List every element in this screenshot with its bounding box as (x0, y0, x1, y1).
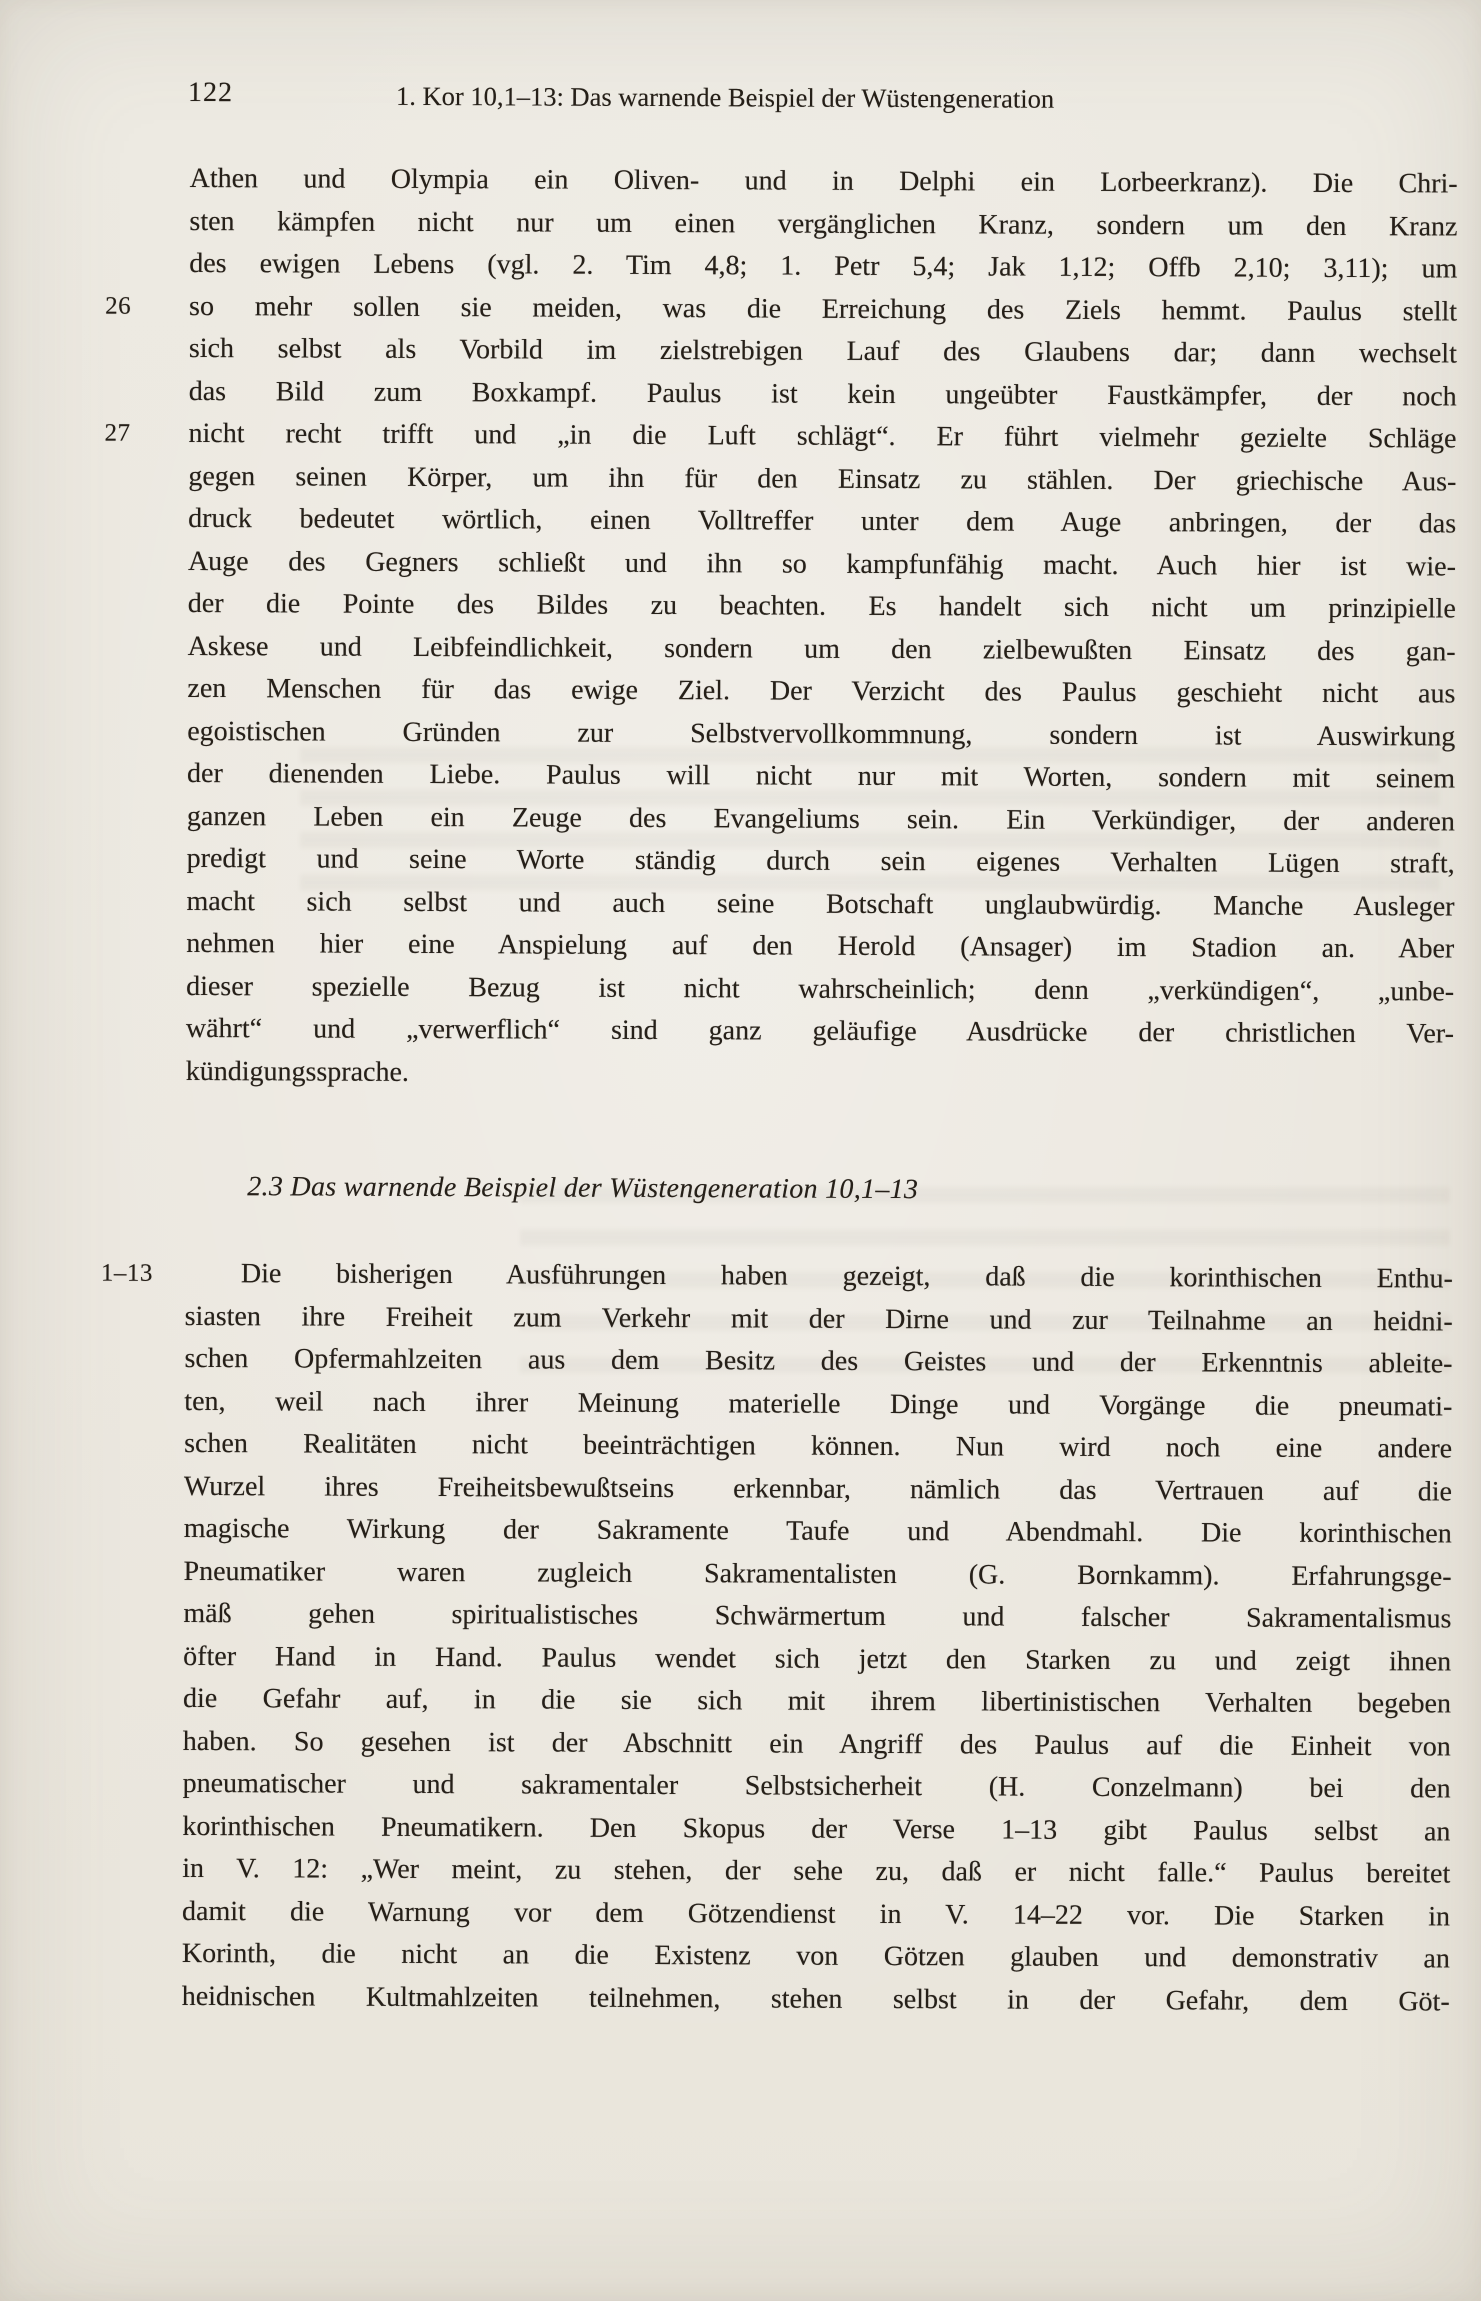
line-text: predigt und seine Worte ständig durch se… (187, 843, 1455, 880)
text-line: nehmen hier eine Anspielung auf den Hero… (186, 923, 1454, 971)
line-text: egoistischen Gründen zur Selbstvervollko… (187, 715, 1455, 752)
running-title: 1. Kor 10,1–13: Das warnende Beispiel de… (396, 75, 1054, 120)
text-line: gegen seinen Körper, um ihn für den Eins… (188, 455, 1456, 503)
line-text: Pneumatiker waren zugleich Sakramentalis… (184, 1555, 1452, 1592)
text-line: macht sich selbst und auch seine Botscha… (186, 880, 1454, 928)
line-text: sten kämpfen nicht nur um einen vergängl… (189, 205, 1457, 242)
text-line: korinthischen Pneumatikern. Den Skopus d… (182, 1805, 1450, 1853)
text-line: haben. So gesehen ist der Abschnitt ein … (183, 1720, 1451, 1768)
line-text: schen Opfermahlzeiten aus dem Besitz des… (184, 1343, 1452, 1380)
text-line: kündigungssprache. (186, 1050, 1454, 1098)
line-text: siasten ihre Freiheit zum Verkehr mit de… (185, 1300, 1453, 1337)
text-line: heidnischen Kultmahlzeiten teilnehmen, s… (182, 1975, 1450, 2023)
line-text: gegen seinen Körper, um ihn für den Eins… (188, 460, 1456, 497)
line-text: Auge des Gegners schließt und ihn so kam… (188, 545, 1456, 582)
line-text: nehmen hier eine Anspielung auf den Hero… (186, 928, 1454, 965)
line-text: kündigungssprache. (186, 1055, 409, 1087)
text-line: das Bild zum Boxkampf. Paulus ist kein u… (189, 370, 1457, 418)
text-line: die Gefahr auf, in die sie sich mit ihre… (183, 1678, 1451, 1726)
line-text: haben. So gesehen ist der Abschnitt ein … (183, 1725, 1451, 1762)
line-text: mäß gehen spiritualistisches Schwärmertu… (183, 1598, 1451, 1635)
text-line: egoistischen Gründen zur Selbstvervollko… (187, 710, 1455, 758)
margin-verse-number: 27 (104, 413, 174, 456)
text-line: in V. 12: „Wer meint, zu stehen, der seh… (182, 1848, 1450, 1896)
text-line: magische Wirkung der Sakramente Taufe un… (184, 1508, 1452, 1556)
paragraph-2: 1–13Die bisherigen Ausführungen haben ge… (182, 1253, 1453, 2024)
line-text: sich selbst als Vorbild im zielstrebigen… (189, 333, 1457, 370)
line-text: so mehr sollen sie meiden, was die Errei… (189, 290, 1457, 327)
line-text: der die Pointe des Bildes zu beachten. E… (188, 588, 1456, 625)
line-text: der dienenden Liebe. Paulus will nicht n… (187, 758, 1455, 795)
line-text: öfter Hand in Hand. Paulus wendet sich j… (183, 1640, 1451, 1677)
section-heading: 2.3 Das warnende Beispiel der Wüstengene… (247, 1166, 918, 1211)
text-line: sich selbst als Vorbild im zielstrebigen… (189, 328, 1457, 376)
text-line: siasten ihre Freiheit zum Verkehr mit de… (185, 1295, 1453, 1343)
line-text: Korinth, die nicht an die Existenz von G… (182, 1938, 1450, 1975)
text-line: ten, weil nach ihrer Meinung materielle … (184, 1380, 1452, 1428)
text-line: sten kämpfen nicht nur um einen vergängl… (189, 200, 1457, 248)
text-line: pneumatischer und sakramentaler Selbstsi… (183, 1763, 1451, 1811)
line-text: ten, weil nach ihrer Meinung materielle … (184, 1385, 1452, 1422)
line-text: damit die Warnung vor dem Götzendienst i… (182, 1895, 1450, 1932)
text-line: Askese und Leibfeindlichkeit, sondern um… (188, 625, 1456, 673)
line-text: Die bisherigen Ausführungen haben gezeig… (241, 1258, 1453, 1294)
text-line: 26so mehr sollen sie meiden, was die Err… (189, 285, 1457, 333)
text-line: druck bedeutet wörtlich, einen Volltreff… (188, 498, 1456, 546)
text-line: schen Realitäten nicht beeinträchtigen k… (184, 1423, 1452, 1471)
text-line: Auge des Gegners schließt und ihn so kam… (188, 540, 1456, 588)
paragraph-1: Athen und Olympia ein Oliven- und in Del… (186, 158, 1458, 1099)
line-text: dieser spezielle Bezug ist nicht wahrsch… (186, 970, 1454, 1007)
text-line: damit die Warnung vor dem Götzendienst i… (182, 1890, 1450, 1938)
line-text: Wurzel ihres Freiheitsbewußtseins erkenn… (184, 1470, 1452, 1507)
text-line: Korinth, die nicht an die Existenz von G… (182, 1933, 1450, 1981)
line-text: in V. 12: „Wer meint, zu stehen, der seh… (182, 1853, 1450, 1890)
text-line: zen Menschen für das ewige Ziel. Der Ver… (187, 668, 1455, 716)
line-text: korinthischen Pneumatikern. Den Skopus d… (182, 1810, 1450, 1847)
line-text: nicht recht trifft und „in die Luft schl… (188, 418, 1456, 455)
line-text: Askese und Leibfeindlichkeit, sondern um… (188, 630, 1456, 667)
line-text: pneumatischer und sakramentaler Selbstsi… (183, 1768, 1451, 1805)
text-line: währt“ und „verwerflich“ sind ganz geläu… (186, 1008, 1454, 1056)
line-text: Athen und Olympia ein Oliven- und in Del… (190, 163, 1458, 200)
text-line: Pneumatiker waren zugleich Sakramentalis… (183, 1550, 1451, 1598)
line-text: die Gefahr auf, in die sie sich mit ihre… (183, 1683, 1451, 1720)
text-line: der dienenden Liebe. Paulus will nicht n… (187, 753, 1455, 801)
line-text: druck bedeutet wörtlich, einen Volltreff… (188, 503, 1456, 540)
line-text: magische Wirkung der Sakramente Taufe un… (184, 1513, 1452, 1550)
page-content: 122 1. Kor 10,1–13: Das warnende Beispie… (0, 0, 1481, 2301)
line-text: des ewigen Lebens (vgl. 2. Tim 4,8; 1. P… (189, 248, 1457, 285)
line-text: das Bild zum Boxkampf. Paulus ist kein u… (189, 375, 1457, 412)
text-line: Wurzel ihres Freiheitsbewußtseins erkenn… (184, 1465, 1452, 1513)
text-line: öfter Hand in Hand. Paulus wendet sich j… (183, 1635, 1451, 1683)
text-line: 27nicht recht trifft und „in die Luft sc… (188, 413, 1456, 461)
text-line: predigt und seine Worte ständig durch se… (187, 838, 1455, 886)
margin-verse-number: 1–13 (101, 1253, 171, 1296)
text-line: mäß gehen spiritualistisches Schwärmertu… (183, 1593, 1451, 1641)
text-line: der die Pointe des Bildes zu beachten. E… (188, 583, 1456, 631)
text-line: schen Opfermahlzeiten aus dem Besitz des… (184, 1338, 1452, 1386)
scanned-book-page: 122 1. Kor 10,1–13: Das warnende Beispie… (0, 0, 1481, 2301)
text-line: dieser spezielle Bezug ist nicht wahrsch… (186, 965, 1454, 1013)
page-number: 122 (188, 72, 233, 114)
text-line: des ewigen Lebens (vgl. 2. Tim 4,8; 1. P… (189, 243, 1457, 291)
margin-verse-number: 26 (105, 285, 175, 328)
text-line: Athen und Olympia ein Oliven- und in Del… (190, 158, 1458, 206)
text-line: 1–13Die bisherigen Ausführungen haben ge… (185, 1253, 1453, 1301)
line-text: zen Menschen für das ewige Ziel. Der Ver… (187, 673, 1455, 710)
line-text: währt“ und „verwerflich“ sind ganz geläu… (186, 1013, 1454, 1050)
line-text: schen Realitäten nicht beeinträchtigen k… (184, 1428, 1452, 1465)
line-text: ganzen Leben ein Zeuge des Evangeliums s… (187, 800, 1455, 837)
line-text: heidnischen Kultmahlzeiten teilnehmen, s… (182, 1980, 1450, 2017)
line-text: macht sich selbst und auch seine Botscha… (186, 885, 1454, 922)
text-line: ganzen Leben ein Zeuge des Evangeliums s… (187, 795, 1455, 843)
